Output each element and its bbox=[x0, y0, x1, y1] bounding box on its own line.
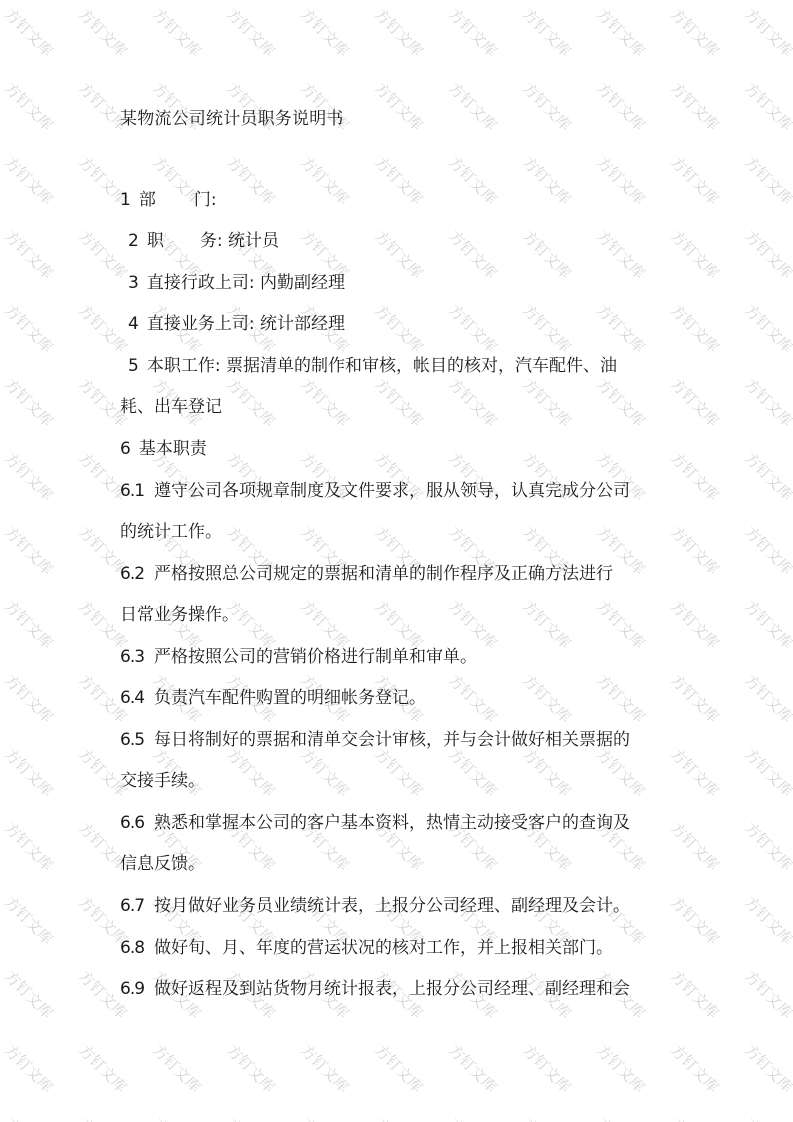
duty-text: 严格按照总公司规定的票据和清单的制作程序及正确方法进行 bbox=[154, 564, 613, 584]
duty-number: 6.6 bbox=[120, 812, 144, 834]
field-label-part: 职 bbox=[147, 231, 164, 251]
duty-item: 6.4负责汽车配件购置的明细帐务登记。 bbox=[120, 687, 426, 709]
field-value: 内勤副经理 bbox=[260, 273, 345, 293]
document-title: 某物流公司统计员职务说明书 bbox=[120, 104, 344, 129]
section-heading: 6基本职责 bbox=[120, 438, 207, 460]
duty-number: 6.7 bbox=[120, 895, 144, 917]
field-value: 统计部经理 bbox=[260, 314, 345, 334]
duty-text: 遵守公司各项规章制度及文件要求，服从领导，认真完成分公司 bbox=[154, 481, 630, 501]
duty-number: 6.9 bbox=[120, 978, 144, 1000]
duty-item: 6.3严格按照公司的营销价格进行制单和审单。 bbox=[120, 646, 477, 668]
field-value: 票据清单的制作和审核，帐目的核对，汽车配件、油 bbox=[226, 356, 617, 376]
field-label-part: 门: bbox=[194, 190, 217, 210]
duty-number: 6.8 bbox=[120, 937, 144, 959]
field-value: 统计员 bbox=[228, 231, 279, 251]
field-business-supervisor: 4直接业务上司: 统计部经理 bbox=[128, 313, 345, 335]
duty-text: 按月做好业务员业绩统计表，上报分公司经理、副经理及会计。 bbox=[154, 896, 630, 916]
duty-number: 6.3 bbox=[120, 646, 144, 668]
field-number: 2 bbox=[128, 230, 139, 252]
field-label-part: 部 bbox=[139, 190, 156, 210]
duty-text: 严格按照公司的营销价格进行制单和审单。 bbox=[154, 647, 477, 667]
duty-text: 负责汽车配件购置的明细帐务登记。 bbox=[154, 688, 426, 708]
duty-item: 6.5每日将制好的票据和清单交会计审核，并与会计做好相关票据的 bbox=[120, 729, 630, 751]
field-label: 直接行政上司: bbox=[147, 273, 255, 293]
duty-number: 6.5 bbox=[120, 729, 144, 751]
field-main-work: 5本职工作: 票据清单的制作和审核，帐目的核对，汽车配件、油 bbox=[128, 355, 617, 377]
field-position: 2职务: 统计员 bbox=[128, 230, 279, 252]
duty-item: 6.9做好返程及到站货物月统计报表，上报分公司经理、副经理和会 bbox=[120, 978, 630, 1000]
duty-item: 6.2严格按照总公司规定的票据和清单的制作程序及正确方法进行 bbox=[120, 563, 613, 585]
duty-text: 做好返程及到站货物月统计报表，上报分公司经理、副经理和会 bbox=[154, 979, 630, 999]
duty-text: 熟悉和掌握本公司的客户基本资料，热情主动接受客户的查询及 bbox=[154, 813, 630, 833]
duty-item-continued: 交接手续。 bbox=[120, 770, 205, 792]
duty-item: 6.1遵守公司各项规章制度及文件要求，服从领导，认真完成分公司 bbox=[120, 480, 630, 502]
field-label-part: 务: bbox=[200, 231, 223, 251]
duty-item-continued: 日常业务操作。 bbox=[120, 604, 239, 626]
field-main-work-continued: 耗、出车登记 bbox=[120, 396, 222, 418]
duty-number: 6.1 bbox=[120, 480, 144, 502]
duty-text: 做好旬、月、年度的营运状况的核对工作，并上报相关部门。 bbox=[154, 938, 613, 958]
field-number: 4 bbox=[128, 313, 139, 335]
field-number: 5 bbox=[128, 355, 139, 377]
duty-item: 6.6熟悉和掌握本公司的客户基本资料，热情主动接受客户的查询及 bbox=[120, 812, 630, 834]
duty-item: 6.8做好旬、月、年度的营运状况的核对工作，并上报相关部门。 bbox=[120, 937, 613, 959]
duty-item: 6.7按月做好业务员业绩统计表，上报分公司经理、副经理及会计。 bbox=[120, 895, 630, 917]
section-number: 6 bbox=[120, 438, 131, 460]
duty-number: 6.2 bbox=[120, 563, 144, 585]
duty-text: 每日将制好的票据和清单交会计审核，并与会计做好相关票据的 bbox=[154, 730, 630, 750]
duty-item-continued: 信息反馈。 bbox=[120, 853, 205, 875]
field-label: 直接业务上司: bbox=[147, 314, 255, 334]
duty-number: 6.4 bbox=[120, 687, 144, 709]
field-admin-supervisor: 3直接行政上司: 内勤副经理 bbox=[128, 272, 345, 294]
field-number: 3 bbox=[128, 272, 139, 294]
field-label: 本职工作: bbox=[147, 356, 221, 376]
section-title: 基本职责 bbox=[139, 439, 207, 459]
duty-item-continued: 的统计工作。 bbox=[120, 521, 222, 543]
field-department: 1部门: bbox=[120, 189, 217, 211]
field-number: 1 bbox=[120, 189, 131, 211]
document-page: 某物流公司统计员职务说明书 1部门: 2职务: 统计员 3直接行政上司: 内勤副… bbox=[0, 0, 793, 1122]
